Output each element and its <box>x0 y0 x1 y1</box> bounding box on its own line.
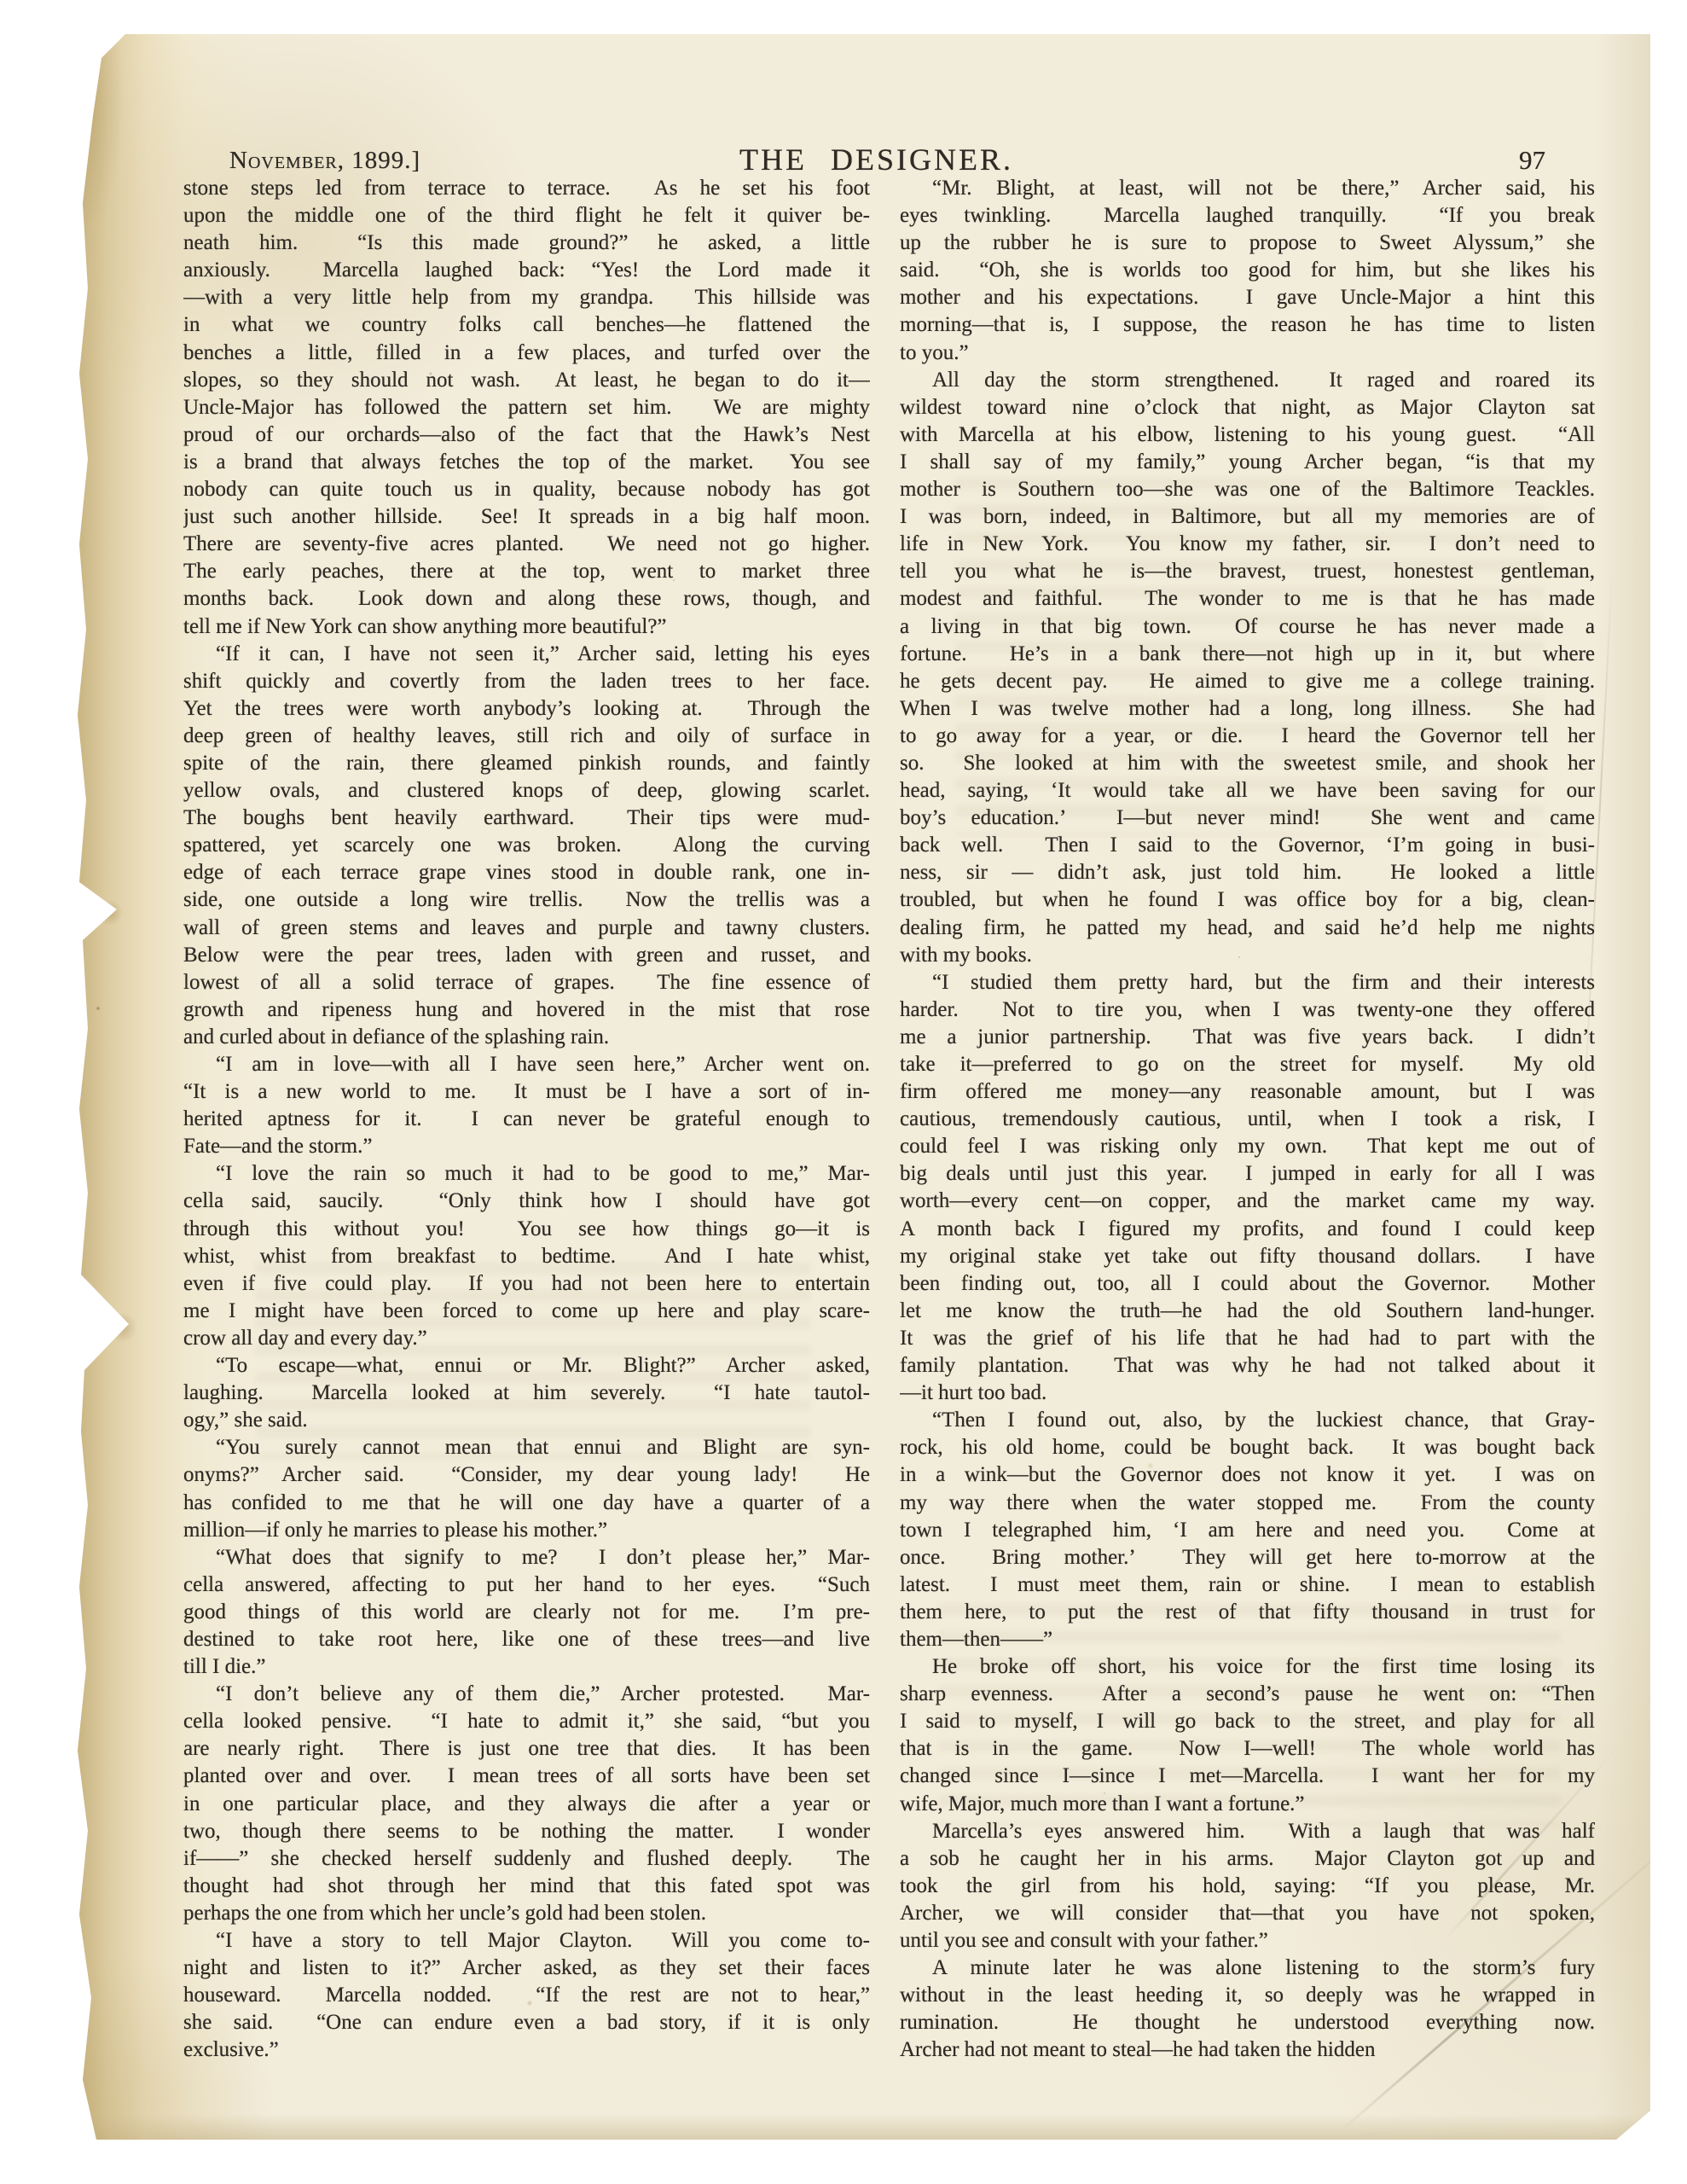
text-line: A minute later he was alone listening to… <box>900 1955 1595 1982</box>
text-line: has confided to me that he will one day … <box>183 1490 870 1517</box>
text-line: with Marcella at his elbow, listening to… <box>900 421 1595 449</box>
text-line: cella looked pensive. “I hate to admit i… <box>183 1708 870 1735</box>
text-line: let me know the truth—he had the old Sou… <box>900 1298 1595 1325</box>
text-line: spite of the rain, there gleamed pinkish… <box>183 750 870 777</box>
paragraph: “To escape—what, ennui or Mr. Blight?” A… <box>183 1352 870 1434</box>
text-line: yellow ovals, and clustered knops of dee… <box>183 777 870 804</box>
text-line: me I might have been forced to come up h… <box>183 1298 870 1325</box>
paragraph: stone steps led from terrace to terrace.… <box>183 175 870 641</box>
text-line: mother and his expectations. I gave Uncl… <box>900 284 1595 311</box>
text-line: There are seventy-five acres planted. We… <box>183 531 870 558</box>
text-line: The boughs bent heavily earthward. Their… <box>183 804 870 832</box>
text-line: “If it can, I have not seen it,” Archer … <box>183 641 870 668</box>
text-line: cautious, tremendously cautious, until, … <box>900 1106 1595 1133</box>
text-line: rumination. He thought he understood eve… <box>900 2009 1595 2036</box>
left-column: stone steps led from terrace to terrace.… <box>183 175 870 2064</box>
text-line: could feel I was risking only my own. Th… <box>900 1133 1595 1160</box>
paragraph: “I studied them pretty hard, but the fir… <box>900 969 1595 1408</box>
text-line: It was the grief of his life that he had… <box>900 1325 1595 1352</box>
text-line: rock, his old home, could be bought back… <box>900 1434 1595 1461</box>
text-line: to you.” <box>900 340 1595 367</box>
text-line: head, saying, ‘It would take all we have… <box>900 777 1595 804</box>
text-line: “I am in love—with all I have seen here,… <box>183 1051 870 1078</box>
text-line: worth—every cent—on copper, and the mark… <box>900 1188 1595 1215</box>
text-line: and curled about in defiance of the spla… <box>183 1024 870 1051</box>
text-line: are nearly right. There is just one tree… <box>183 1735 870 1763</box>
text-line: night and listen to it?” Archer asked, a… <box>183 1955 870 1982</box>
text-line: wall of green stems and leaves and purpl… <box>183 915 870 942</box>
text-line: side, one outside a long wire trellis. N… <box>183 886 870 914</box>
text-line: He broke off short, his voice for the fi… <box>900 1653 1595 1681</box>
text-line: he gets decent pay. He aimed to give me … <box>900 668 1595 695</box>
text-line: without in the least heeding it, so deep… <box>900 1982 1595 2009</box>
text-line: till I die.” <box>183 1653 870 1681</box>
text-line: sharp evenness. After a second’s pause h… <box>900 1681 1595 1708</box>
text-line: mother is Southern too—she was one of th… <box>900 476 1595 503</box>
text-line: —with a very little help from my grandpa… <box>183 284 870 311</box>
text-line: A month back I figured my profits, and f… <box>900 1216 1595 1243</box>
text-line: wildest toward nine o’clock that night, … <box>900 394 1595 421</box>
text-line: firm offered me money—any reasonable amo… <box>900 1078 1595 1106</box>
text-line: up the rubber he is sure to propose to S… <box>900 229 1595 257</box>
text-line: dealing firm, he patted my head, and sai… <box>900 915 1595 942</box>
text-line: upon the middle one of the third flight … <box>183 202 870 229</box>
text-line: me a junior partnership. That was five y… <box>900 1024 1595 1051</box>
text-line: ness, sir — didn’t ask, just told him. H… <box>900 859 1595 886</box>
text-line: a living in that big town. Of course he … <box>900 613 1595 641</box>
text-line: destined to take root here, like one of … <box>183 1626 870 1653</box>
text-line: once. Bring mother.’ They will get here … <box>900 1544 1595 1571</box>
text-line: houseward. Marcella nodded. “If the rest… <box>183 1982 870 2009</box>
text-line: them—then——” <box>900 1626 1595 1653</box>
text-line: them here, to put the rest of that fifty… <box>900 1599 1595 1626</box>
text-line: Fate—and the storm.” <box>183 1133 870 1160</box>
text-line: until you see and consult with your fath… <box>900 1927 1595 1955</box>
text-line: shift quickly and covertly from the lade… <box>183 668 870 695</box>
text-line: onyms?” Archer said. “Consider, my dear … <box>183 1461 870 1489</box>
text-line: two, though there seems to be nothing th… <box>183 1818 870 1845</box>
text-line: “I have a story to tell Major Clayton. W… <box>183 1927 870 1955</box>
text-line: changed since I—since I met—Marcella. I … <box>900 1763 1595 1790</box>
text-line: Uncle-Major has followed the pattern set… <box>183 394 870 421</box>
text-line: whist, whist from breakfast to bedtime. … <box>183 1243 870 1270</box>
text-line: The early peaches, there at the top, wen… <box>183 558 870 585</box>
text-line: Below were the pear trees, laden with gr… <box>183 942 870 969</box>
text-line: Archer, we will consider that—that you h… <box>900 1900 1595 1927</box>
text-line: in what we country folks call benches—he… <box>183 311 870 339</box>
text-line: life in New York. You know my father, si… <box>900 531 1595 558</box>
text-line: if——” she checked herself suddenly and f… <box>183 1845 870 1873</box>
text-line: growth and ripeness hung and hovered in … <box>183 996 870 1024</box>
text-line: town I telegraphed him, ‘I am here and n… <box>900 1517 1595 1544</box>
magazine-page: November, 1899.] THE DESIGNER. 97 stone … <box>72 34 1650 2140</box>
text-line: exclusive.” <box>183 2036 870 2064</box>
text-line: to go away for a year, or die. I heard t… <box>900 723 1595 750</box>
text-line: in a wink—but the Governor does not know… <box>900 1461 1595 1489</box>
text-line: big deals until just this year. I jumped… <box>900 1160 1595 1188</box>
text-line: When I was twelve mother had a long, lon… <box>900 695 1595 723</box>
text-line: benches a little, filled in a few places… <box>183 340 870 367</box>
text-line: thought had shot through her mind that t… <box>183 1873 870 1900</box>
text-line: anxiously. Marcella laughed back: “Yes! … <box>183 257 870 284</box>
paragraph: “Mr. Blight, at least, will not be there… <box>900 175 1595 367</box>
text-line: through this without you! You see how th… <box>183 1216 870 1243</box>
text-line: that is in the game. Now I—well! The who… <box>900 1735 1595 1763</box>
text-line: boy’s education.’ I—but never mind! She … <box>900 804 1595 832</box>
text-line: slopes, so they should not wash. At leas… <box>183 367 870 394</box>
paragraph: A minute later he was alone listening to… <box>900 1955 1595 2064</box>
page-number: 97 <box>1519 147 1545 173</box>
text-line: spattered, yet scarcely one was broken. … <box>183 832 870 859</box>
text-line: is a brand that always fetches the top o… <box>183 449 870 476</box>
text-line: nobody can quite touch us in quality, be… <box>183 476 870 503</box>
text-line: months back. Look down and along these r… <box>183 585 870 613</box>
text-line: she said. “One can endure even a bad sto… <box>183 2009 870 2036</box>
text-line: latest. I must meet them, rain or shine.… <box>900 1571 1595 1599</box>
text-line: “I don’t believe any of them die,” Arche… <box>183 1681 870 1708</box>
text-line: back well. Then I said to the Governor, … <box>900 832 1595 859</box>
text-line: lowest of all a solid terrace of grapes.… <box>183 969 870 996</box>
text-line: —it hurt too bad. <box>900 1380 1595 1407</box>
paragraph: “I have a story to tell Major Clayton. W… <box>183 1927 870 2064</box>
text-line: family plantation. That was why he had n… <box>900 1352 1595 1380</box>
scanned-page-background: { "colors": { "paper": "#f2ecda", "ink":… <box>0 0 1687 2184</box>
text-line: cella said, saucily. “Only think how I s… <box>183 1188 870 1215</box>
text-line: said. “Oh, she is worlds too good for hi… <box>900 257 1595 284</box>
text-line: tell you what he is—the bravest, truest,… <box>900 558 1595 585</box>
text-line: “What does that signify to me? I don’t p… <box>183 1544 870 1571</box>
text-line: fortune. He’s in a bank there—not high u… <box>900 641 1595 668</box>
text-line: “To escape—what, ennui or Mr. Blight?” A… <box>183 1352 870 1380</box>
text-line: “Mr. Blight, at least, will not be there… <box>900 175 1595 202</box>
paragraph: All day the storm strengthened. It raged… <box>900 367 1595 969</box>
text-line: wife, Major, much more than I want a for… <box>900 1791 1595 1818</box>
text-line: deep green of healthy leaves, still rich… <box>183 723 870 750</box>
text-line: “I studied them pretty hard, but the fir… <box>900 969 1595 996</box>
text-line: laughing. Marcella looked at him severel… <box>183 1380 870 1407</box>
paragraph: “I don’t believe any of them die,” Arche… <box>183 1681 870 1927</box>
text-line: so. She looked at him with the sweetest … <box>900 750 1595 777</box>
text-line: edge of each terrace grape vines stood i… <box>183 859 870 886</box>
text-line: Marcella’s eyes answered him. With a lau… <box>900 1818 1595 1845</box>
text-line: eyes twinkling. Marcella laughed tranqui… <box>900 202 1595 229</box>
text-line: “Then I found out, also, by the luckiest… <box>900 1407 1595 1434</box>
text-line: took the girl from his hold, saying: “If… <box>900 1873 1595 1900</box>
right-column: “Mr. Blight, at least, will not be there… <box>900 175 1595 2064</box>
text-line: morning—that is, I suppose, the reason h… <box>900 311 1595 339</box>
text-line: been finding out, too, all I could about… <box>900 1270 1595 1298</box>
paragraph: He broke off short, his voice for the fi… <box>900 1653 1595 1818</box>
text-line: proud of our orchards—also of the fact t… <box>183 421 870 449</box>
text-line: a sob he caught her in his arms. Major C… <box>900 1845 1595 1873</box>
text-line: in one particular place, and they always… <box>183 1791 870 1818</box>
paragraph: “What does that signify to me? I don’t p… <box>183 1544 870 1681</box>
page-title: THE DESIGNER. <box>183 143 1569 177</box>
text-line: “I love the rain so much it had to be go… <box>183 1160 870 1188</box>
text-line: I shall say of my family,” young Archer … <box>900 449 1595 476</box>
text-line: good things of this world are clearly no… <box>183 1599 870 1626</box>
paragraph: “I love the rain so much it had to be go… <box>183 1160 870 1352</box>
text-line: troubled, but when he found I was office… <box>900 886 1595 914</box>
text-line: ogy,” she said. <box>183 1407 870 1434</box>
torn-left-edge <box>72 34 200 2140</box>
text-line: planted over and over. I mean trees of a… <box>183 1763 870 1790</box>
text-line: “You surely cannot mean that ennui and B… <box>183 1434 870 1461</box>
text-line: stone steps led from terrace to terrace.… <box>183 175 870 202</box>
text-line: even if five could play. If you had not … <box>183 1270 870 1298</box>
text-line: my original stake yet take out fifty tho… <box>900 1243 1595 1270</box>
text-line: All day the storm strengthened. It raged… <box>900 367 1595 394</box>
text-line: Yet the trees were worth anybody’s looki… <box>183 695 870 723</box>
text-line: “It is a new world to me. It must be I h… <box>183 1078 870 1106</box>
text-line: I said to myself, I will go back to the … <box>900 1708 1595 1735</box>
text-line: modest and faithful. The wonder to me is… <box>900 585 1595 613</box>
paragraph: “You surely cannot mean that ennui and B… <box>183 1434 870 1543</box>
text-line: with my books. <box>900 942 1595 969</box>
paragraph: “Then I found out, also, by the luckiest… <box>900 1407 1595 1653</box>
text-line: I was born, indeed, in Baltimore, but al… <box>900 503 1595 531</box>
text-line: harder. Not to tire you, when I was twen… <box>900 996 1595 1024</box>
text-line: tell me if New York can show anything mo… <box>183 613 870 641</box>
text-line: Archer had not meant to steal—he had tak… <box>900 2036 1595 2064</box>
text-line: take it—preferred to go on the street fo… <box>900 1051 1595 1078</box>
text-line: crow all day and every day.” <box>183 1325 870 1352</box>
text-line: neath him. “Is this made ground?” he ask… <box>183 229 870 257</box>
paragraph: “If it can, I have not seen it,” Archer … <box>183 641 870 1051</box>
paragraph: Marcella’s eyes answered him. With a lau… <box>900 1818 1595 1955</box>
text-line: million—if only he marries to please his… <box>183 1517 870 1544</box>
text-line: herited aptness for it. I can never be g… <box>183 1106 870 1133</box>
text-line: my way there when the water stopped me. … <box>900 1490 1595 1517</box>
paragraph: “I am in love—with all I have seen here,… <box>183 1051 870 1160</box>
text-line: just such another hillside. See! It spre… <box>183 503 870 531</box>
text-line: perhaps the one from which her uncle’s g… <box>183 1900 870 1927</box>
text-line: cella answered, affecting to put her han… <box>183 1571 870 1599</box>
